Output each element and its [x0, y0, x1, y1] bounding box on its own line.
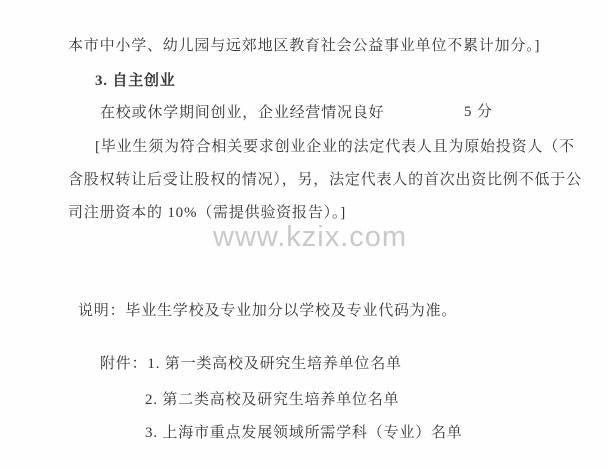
entrepreneurship-item-score: 5 分 [464, 104, 493, 121]
explanation-note: 说明：毕业生学校及专业加分以学校及专业代码为准。 [78, 303, 457, 320]
bracket-note-line-2: 含股权转让后受让股权的情况），另，法定代表人的首次出资比例不低于公 [68, 172, 582, 189]
attachments-item-1: 附件：1. 第一类高校及研究生培养单位名单 [100, 356, 402, 373]
section-heading-self-employment: 3. 自主创业 [95, 73, 176, 90]
paragraph-bonus-note-tail: 本市中小学、幼儿园与远郊地区教育社会公益事业单位不累计加分。] [68, 38, 540, 55]
attachments-item-2: 2. 第二类高校及研究生培养单位名单 [145, 392, 399, 409]
bracket-note-line-3: 司注册资本的 10%（需提供验资报告）。] [68, 205, 346, 222]
attachments-item-3: 3. 上海市重点发展领域所需学科（专业）名单 [145, 425, 463, 442]
site-watermark: www.kzix.com [213, 221, 407, 254]
bracket-note-line-1: [毕业生须为符合相关要求创业企业的法定代表人且为原始投资人（不 [95, 139, 575, 156]
document-page: 本市中小学、幼儿园与远郊地区教育社会公益事业单位不累计加分。] 3. 自主创业 … [0, 0, 607, 470]
entrepreneurship-item-text: 在校或休学期间创业，企业经营情况良好 [100, 105, 384, 122]
